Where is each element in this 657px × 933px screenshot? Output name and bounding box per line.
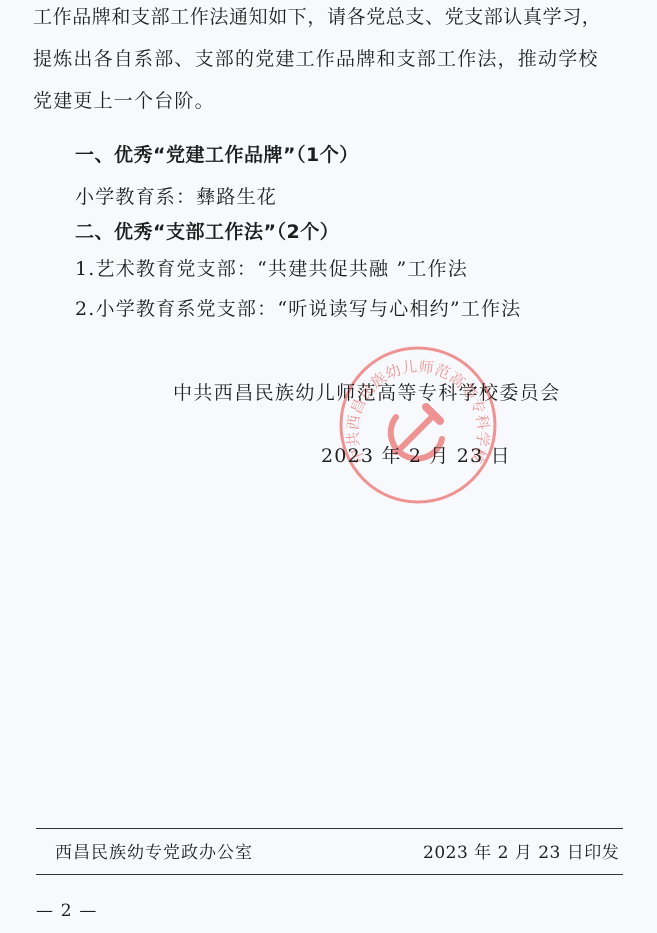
branch-method-item-1: 1.艺术教育党支部：“共建共促共融 ”工作法: [75, 254, 468, 281]
signature-organization: 中共西昌民族幼儿师范高等专科学校委员会: [173, 378, 561, 405]
paragraph-line-2: 提炼出各自系部、支部的党建工作品牌和支部工作法，推动学校: [33, 44, 599, 71]
footer-issuer: 西昌民族幼专党政办公室: [55, 838, 253, 863]
section-heading-branch-method: 二、优秀“支部工作法”（2个）: [75, 217, 339, 244]
footer-bottom-rule: [36, 874, 623, 875]
party-brand-item: 小学教育系：彝路生花: [75, 182, 277, 209]
official-seal-icon: 中共西昌民族幼儿师范高等专科学校委员会: [338, 345, 498, 505]
branch-method-item-2: 2.小学教育系党支部：“听说读写与心相约”工作法: [75, 294, 521, 321]
page-number: — 2 —: [36, 901, 98, 921]
signature-date: 2023 年 2 月 23 日: [321, 441, 511, 468]
footer-top-rule: [36, 828, 623, 829]
paragraph-line-1: 工作品牌和支部工作法通知如下，请各党总支、党支部认真学习，: [33, 2, 601, 29]
paragraph-line-3: 党建更上一个台阶。: [33, 86, 215, 113]
section-heading-party-brand: 一、优秀“党建工作品牌”（1个）: [75, 140, 359, 167]
footer-issue-date: 2023 年 2 月 23 日印发: [423, 838, 619, 863]
